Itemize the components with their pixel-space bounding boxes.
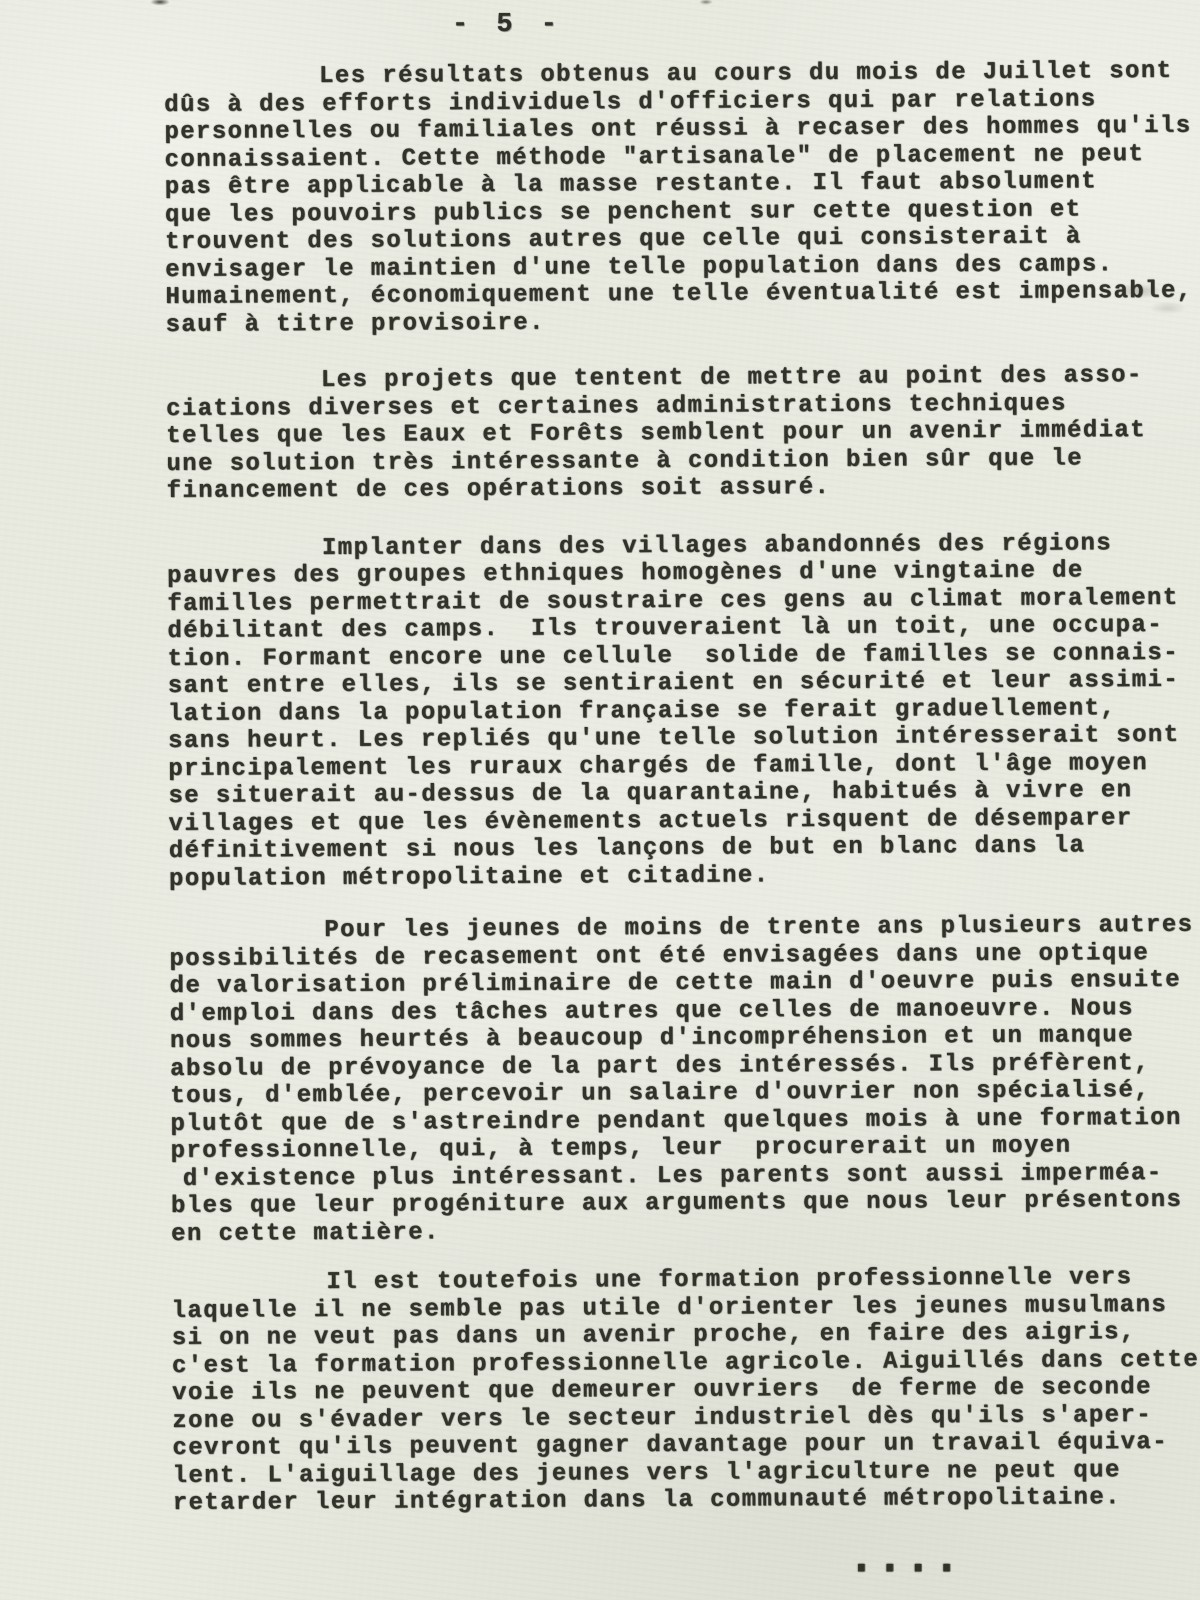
- paragraph: Pour les jeunes de moins de trente ans p…: [169, 912, 1200, 1248]
- text-line: en cette matière.: [171, 1214, 1200, 1248]
- text-line: population métropolitaine et citadine.: [169, 859, 1200, 893]
- paragraph: Implanter dans des villages abandonnés d…: [167, 529, 1200, 893]
- page-number: - 5 -: [452, 10, 563, 40]
- document-body: Les résultats obtenus au cours du mois d…: [164, 58, 1200, 1518]
- scanned-document-page: - 5 - Les résultats obtenus au cours du …: [0, 0, 1200, 1600]
- paragraph: Il est toutefois une formation professio…: [171, 1264, 1200, 1518]
- text-line: financement de ces opérations soit assur…: [167, 472, 1200, 506]
- footer-dots: ....: [848, 1530, 962, 1588]
- paragraph: Les résultats obtenus au cours du mois d…: [164, 58, 1200, 339]
- text-line: retarder leur intégration dans la commun…: [173, 1484, 1200, 1518]
- text-line: sauf à titre provisoire.: [166, 305, 1200, 339]
- paragraph: Les projets que tentent de mettre au poi…: [166, 362, 1200, 506]
